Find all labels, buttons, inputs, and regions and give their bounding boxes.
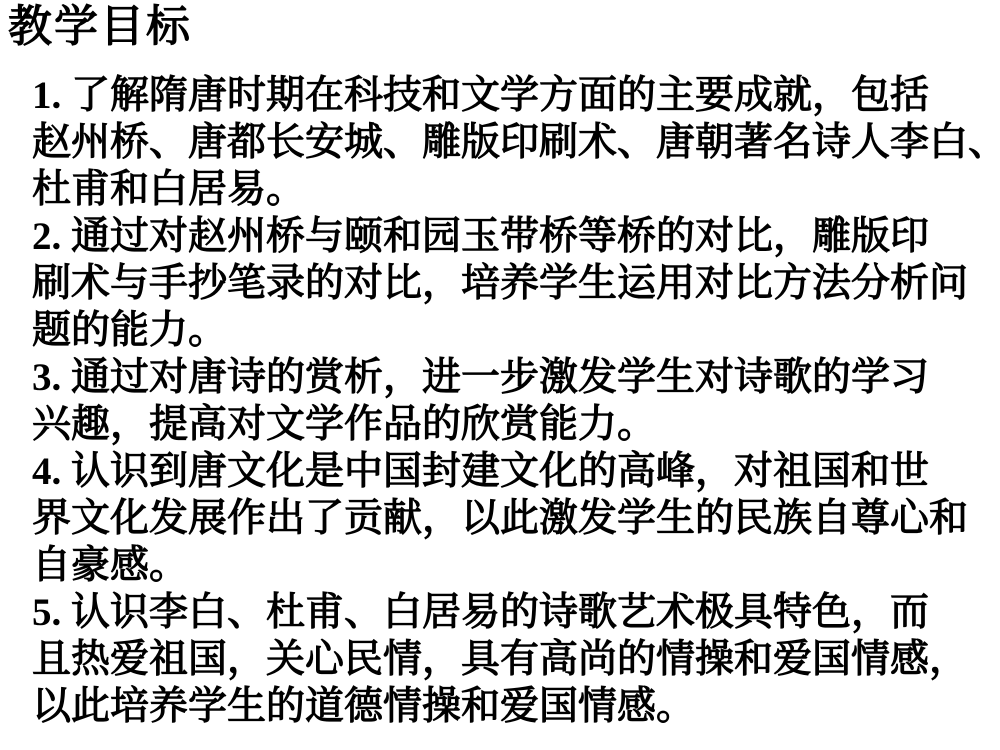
objective-5-line-2: 且热爱祖国，关心民情，具有高尚的情操和爱国情感， [32,636,1000,683]
objective-1-line-3: 杜甫和白居易。 [32,166,1000,213]
objective-1-line-2: 赵州桥、唐都长安城、雕版印刷术、唐朝著名诗人李白、 [32,119,1000,166]
objective-5-line-1: 5. 认识李白、杜甫、白居易的诗歌艺术极具特色，而 [32,589,1000,636]
objective-5-line-3: 以此培养学生的道德情操和爱国情感。 [32,683,1000,730]
objective-4-line-1: 4. 认识到唐文化是中国封建文化的高峰，对祖国和世 [32,448,1000,495]
objective-2-line-1: 2. 通过对赵州桥与颐和园玉带桥等桥的对比，雕版印 [32,213,1000,260]
objective-2-line-3: 题的能力。 [32,307,1000,354]
objectives-text-block: 1. 了解隋唐时期在科技和文学方面的主要成就，包括 赵州桥、唐都长安城、雕版印刷… [32,72,1000,730]
objective-4-line-3: 自豪感。 [32,542,1000,589]
objective-3-line-2: 兴趣，提高对文学作品的欣赏能力。 [32,401,1000,448]
objective-1-line-1: 1. 了解隋唐时期在科技和文学方面的主要成就，包括 [32,72,1000,119]
objective-4-line-2: 界文化发展作出了贡献，以此激发学生的民族自尊心和 [32,495,1000,542]
objective-3-line-1: 3. 通过对唐诗的赏析，进一步激发学生对诗歌的学习 [32,354,1000,401]
slide: 教学目标 1. 了解隋唐时期在科技和文学方面的主要成就，包括 赵州桥、唐都长安城… [0,0,1000,750]
objective-2-line-2: 刷术与手抄笔录的对比，培养学生运用对比方法分析问 [32,260,1000,307]
slide-title: 教学目标 [8,2,192,53]
